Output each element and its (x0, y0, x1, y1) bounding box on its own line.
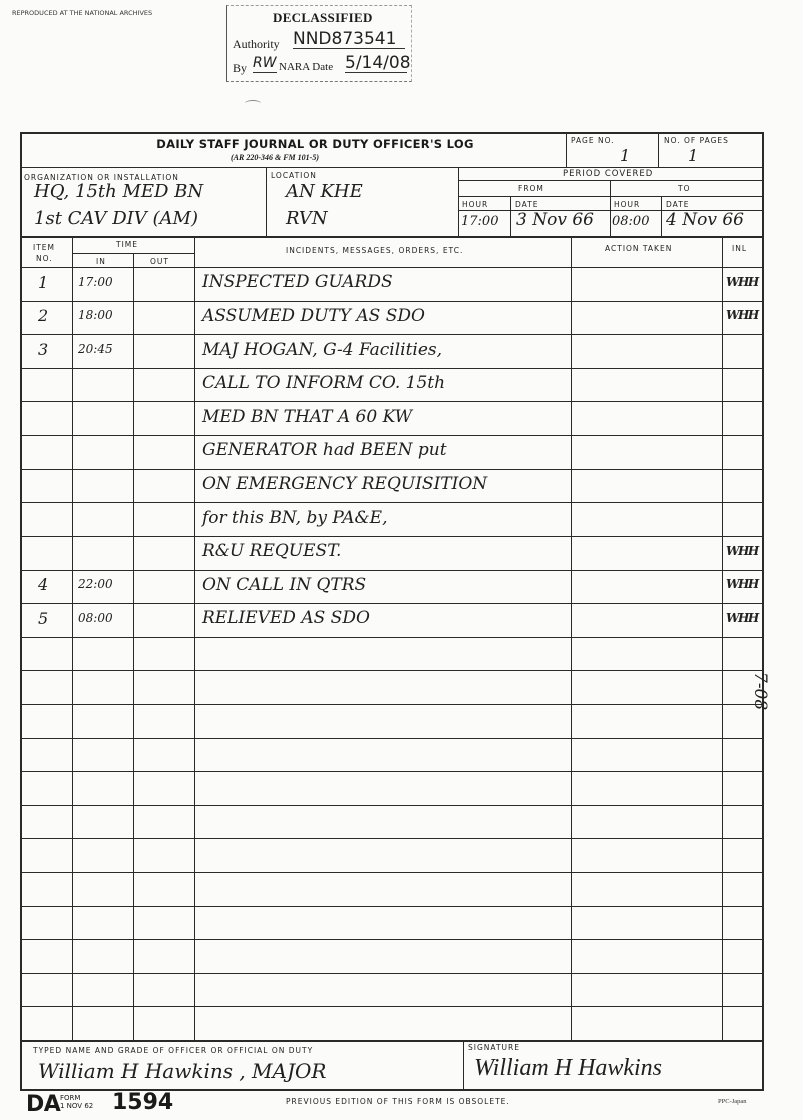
authority-value: NND873541 (293, 30, 405, 49)
signature-label: SIGNATURE (468, 1043, 520, 1052)
declassified-stamp: DECLASSIFIED Authority NND873541 By RW N… (226, 5, 412, 82)
time-in-cell: 18:00 (78, 308, 113, 322)
item-no-cell: 5 (38, 609, 48, 628)
signature: William H Hawkins (474, 1055, 662, 1082)
page-no-label: PAGE NO. (571, 136, 615, 145)
from-date-value: 3 Nov 66 (516, 210, 594, 230)
time-in-cell: 08:00 (78, 611, 113, 625)
time-in-cell: 20:45 (78, 342, 113, 356)
incident-text-cell: MED BN THAT A 60 KW (202, 407, 412, 427)
organization-line-2: 1st CAV DIV (AM) (34, 208, 198, 229)
printer-mark: PPC-Japan (718, 1098, 747, 1105)
location-line-1: AN KHE (286, 181, 363, 202)
form-edition: FORM 1 NOV 62 (60, 1094, 93, 1110)
from-label: FROM (518, 184, 544, 193)
time-in-cell: 22:00 (78, 577, 113, 591)
archive-header: REPRODUCED AT THE NATIONAL ARCHIVES (12, 9, 152, 17)
no-of-pages-label: NO. OF PAGES (664, 136, 729, 145)
page-no-value: 1 (620, 146, 630, 165)
incident-text-cell: ON EMERGENCY REQUISITION (202, 474, 487, 494)
item-no-cell: 3 (38, 340, 48, 359)
stamp-title: DECLASSIFIED (273, 10, 373, 26)
to-date-label: DATE (666, 200, 690, 209)
from-date-label: DATE (515, 200, 539, 209)
to-hour-label: HOUR (614, 200, 640, 209)
from-hour-value: 17:00 (461, 214, 498, 229)
period-covered-label: PERIOD COVERED (563, 169, 653, 179)
form-date: 1 NOV 62 (60, 1102, 93, 1110)
form-number: 1594 (112, 1090, 173, 1115)
incident-text-cell: ON CALL IN QTRS (202, 575, 366, 595)
header-out: OUT (150, 257, 169, 266)
incident-text-cell: CALL TO INFORM CO. 15th (202, 373, 445, 393)
nara-date-label: NARA Date (279, 61, 333, 73)
to-date-value: 4 Nov 66 (666, 210, 744, 230)
header-item-no-2: NO. (36, 254, 53, 263)
incident-text-cell: R&U REQUEST. (202, 541, 341, 561)
incident-text-cell: ASSUMED DUTY AS SDO (202, 306, 425, 326)
incident-text-cell: for this BN, by PA&E, (202, 508, 387, 528)
punch-mark (245, 100, 261, 107)
organization-line-1: HQ, 15th MED BN (34, 181, 203, 202)
header-item-no: ITEM (33, 243, 55, 252)
item-no-cell: 1 (38, 273, 48, 292)
margin-annotation: 7-08 (750, 672, 770, 710)
to-hour-value: 08:00 (612, 214, 649, 229)
no-of-pages-value: 1 (688, 146, 698, 165)
header-in: IN (96, 257, 106, 266)
initials-cell: WHH (726, 611, 758, 625)
form-prefix: DA (26, 1092, 60, 1117)
incident-text-cell: MAJ HOGAN, G-4 Facilities, (202, 340, 442, 360)
form-title: DAILY STAFF JOURNAL OR DUTY OFFICER'S LO… (20, 137, 610, 151)
to-label: TO (678, 184, 691, 193)
incident-text-cell: INSPECTED GUARDS (202, 272, 393, 292)
by-label: By (233, 61, 247, 76)
form-label: FORM (60, 1094, 93, 1102)
location-label: LOCATION (271, 171, 317, 180)
incident-text-cell: GENERATOR had BEEN put (202, 440, 447, 460)
from-hour-label: HOUR (462, 200, 488, 209)
initials-cell: WHH (726, 577, 758, 591)
incident-text-cell: RELIEVED AS SDO (202, 608, 370, 628)
form-regulation-reference: (AR 220-346 & FM 101-5) (20, 153, 530, 162)
header-incidents: INCIDENTS, MESSAGES, ORDERS, ETC. (286, 246, 463, 255)
initials-cell: WHH (726, 308, 758, 322)
authority-label: Authority (233, 37, 280, 52)
typed-name-label: TYPED NAME AND GRADE OF OFFICER OR OFFIC… (33, 1046, 313, 1055)
time-in-cell: 17:00 (78, 275, 113, 289)
by-value: RW (253, 54, 277, 73)
typed-name-value: William H Hawkins , MAJOR (38, 1059, 326, 1083)
initials-cell: WHH (726, 544, 758, 558)
header-action-taken: ACTION TAKEN (605, 244, 672, 253)
location-line-2: RVN (286, 208, 328, 229)
declass-date-value: 5/14/08 (345, 54, 407, 73)
item-no-cell: 2 (38, 306, 48, 325)
initials-cell: WHH (726, 275, 758, 289)
item-no-cell: 4 (38, 575, 48, 594)
header-time: TIME (116, 240, 138, 249)
obsolete-notice: PREVIOUS EDITION OF THIS FORM IS OBSOLET… (286, 1097, 510, 1106)
header-inl: INL (732, 244, 747, 253)
